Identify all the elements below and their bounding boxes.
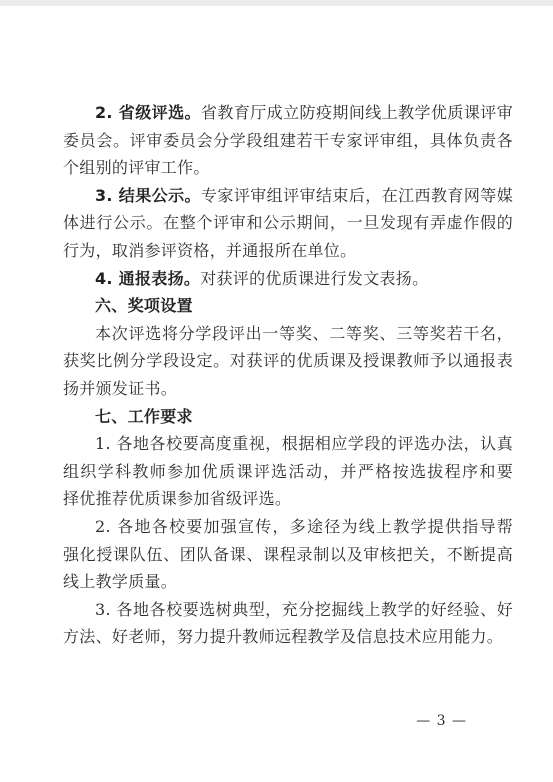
text-line: 组织学科教师参加优质课评选活动，并严格按选拔程序和要求，: [63, 458, 513, 486]
text-segment: 择优推荐优质课参加省级评选。: [63, 489, 291, 508]
text-segment: 委员会。评审委员会分学段组建若干专家评审组，具体负责各: [63, 131, 513, 150]
text-line: 获奖比例分学段设定。对获评的优质课及授课教师予以通报表: [63, 347, 513, 375]
text-line: 2. 省级评选。省教育厅成立防疫期间线上教学优质课评审: [63, 99, 513, 127]
text-segment: 本次评选将分学段评出一等奖、二等奖、三等奖若干名，: [95, 324, 513, 343]
text-segment: 体进行公示。在整个评审和公示期间，一旦发现有弄虚作假的: [63, 213, 513, 232]
text-segment: 专家评审组评审结束后，在江西教育网等媒: [201, 186, 513, 205]
text-segment: 对获评的优质课进行发文表扬。: [200, 269, 428, 288]
text-segment: 方法、好老师，努力提升教师远程教学及信息技术应用能力。: [63, 627, 503, 646]
text-segment: 2. 各地各校要加强宣传，多途径为线上教学提供指导帮助，: [63, 517, 513, 541]
text-segment: 扬并颁发证书。: [63, 379, 177, 398]
text-line: 择优推荐优质课参加省级评选。: [63, 485, 513, 513]
bold-text-segment: 六、奖项设置: [95, 296, 193, 315]
scan-edge-top: [0, 0, 553, 6]
heading-line: 六、奖项设置: [63, 292, 513, 320]
text-line: 个组别的评审工作。: [63, 154, 513, 182]
text-line: 委员会。评审委员会分学段组建若干专家评审组，具体负责各: [63, 127, 513, 155]
text-segment: 个组别的评审工作。: [63, 158, 210, 177]
bold-text-segment: 七、工作要求: [95, 407, 193, 426]
text-segment: 线上教学质量。: [63, 572, 177, 591]
text-segment: 组织学科教师参加优质课评选活动，并严格按选拔程序和要求，: [63, 462, 513, 486]
text-line: 体进行公示。在整个评审和公示期间，一旦发现有弄虚作假的: [63, 209, 513, 237]
bold-text-segment: 4. 通报表扬。: [95, 269, 200, 288]
text-segment: 省教育厅成立防疫期间线上教学优质课评审: [201, 103, 513, 122]
text-line: 2. 各地各校要加强宣传，多途径为线上教学提供指导帮助，: [63, 513, 513, 541]
document-page: 2. 省级评选。省教育厅成立防疫期间线上教学优质课评审委员会。评审委员会分学段组…: [0, 0, 553, 782]
text-line: 3. 结果公示。专家评审组评审结束后，在江西教育网等媒: [63, 182, 513, 210]
text-line: 4. 通报表扬。对获评的优质课进行发文表扬。: [63, 265, 513, 293]
text-line: 方法、好老师，努力提升教师远程教学及信息技术应用能力。: [63, 623, 513, 651]
text-line: 1. 各地各校要高度重视，根据相应学段的评选办法，认真: [63, 430, 513, 458]
text-segment: 获奖比例分学段设定。对获评的优质课及授课教师予以通报表: [63, 351, 513, 370]
text-line: 本次评选将分学段评出一等奖、二等奖、三等奖若干名，: [63, 320, 513, 348]
text-segment: 1. 各地各校要高度重视，根据相应学段的评选办法，认真: [95, 434, 513, 453]
document-body: 2. 省级评选。省教育厅成立防疫期间线上教学优质课评审委员会。评审委员会分学段组…: [63, 99, 513, 651]
text-segment: 强化授课队伍、团队备课、课程录制以及审核把关，不断提高: [63, 545, 513, 564]
bold-text-segment: 2. 省级评选。: [95, 103, 201, 122]
text-line: 3. 各地各校要选树典型，充分挖掘线上教学的好经验、好: [63, 596, 513, 624]
text-line: 行为，取消参评资格，并通报所在单位。: [63, 237, 513, 265]
text-segment: 行为，取消参评资格，并通报所在单位。: [63, 241, 356, 260]
page-number: — 3 —: [416, 713, 467, 729]
text-line: 扬并颁发证书。: [63, 375, 513, 403]
text-segment: 3. 各地各校要选树典型，充分挖掘线上教学的好经验、好: [95, 600, 513, 619]
text-line: 强化授课队伍、团队备课、课程录制以及审核把关，不断提高: [63, 541, 513, 569]
bold-text-segment: 3. 结果公示。: [95, 186, 201, 205]
text-line: 线上教学质量。: [63, 568, 513, 596]
heading-line: 七、工作要求: [63, 403, 513, 431]
